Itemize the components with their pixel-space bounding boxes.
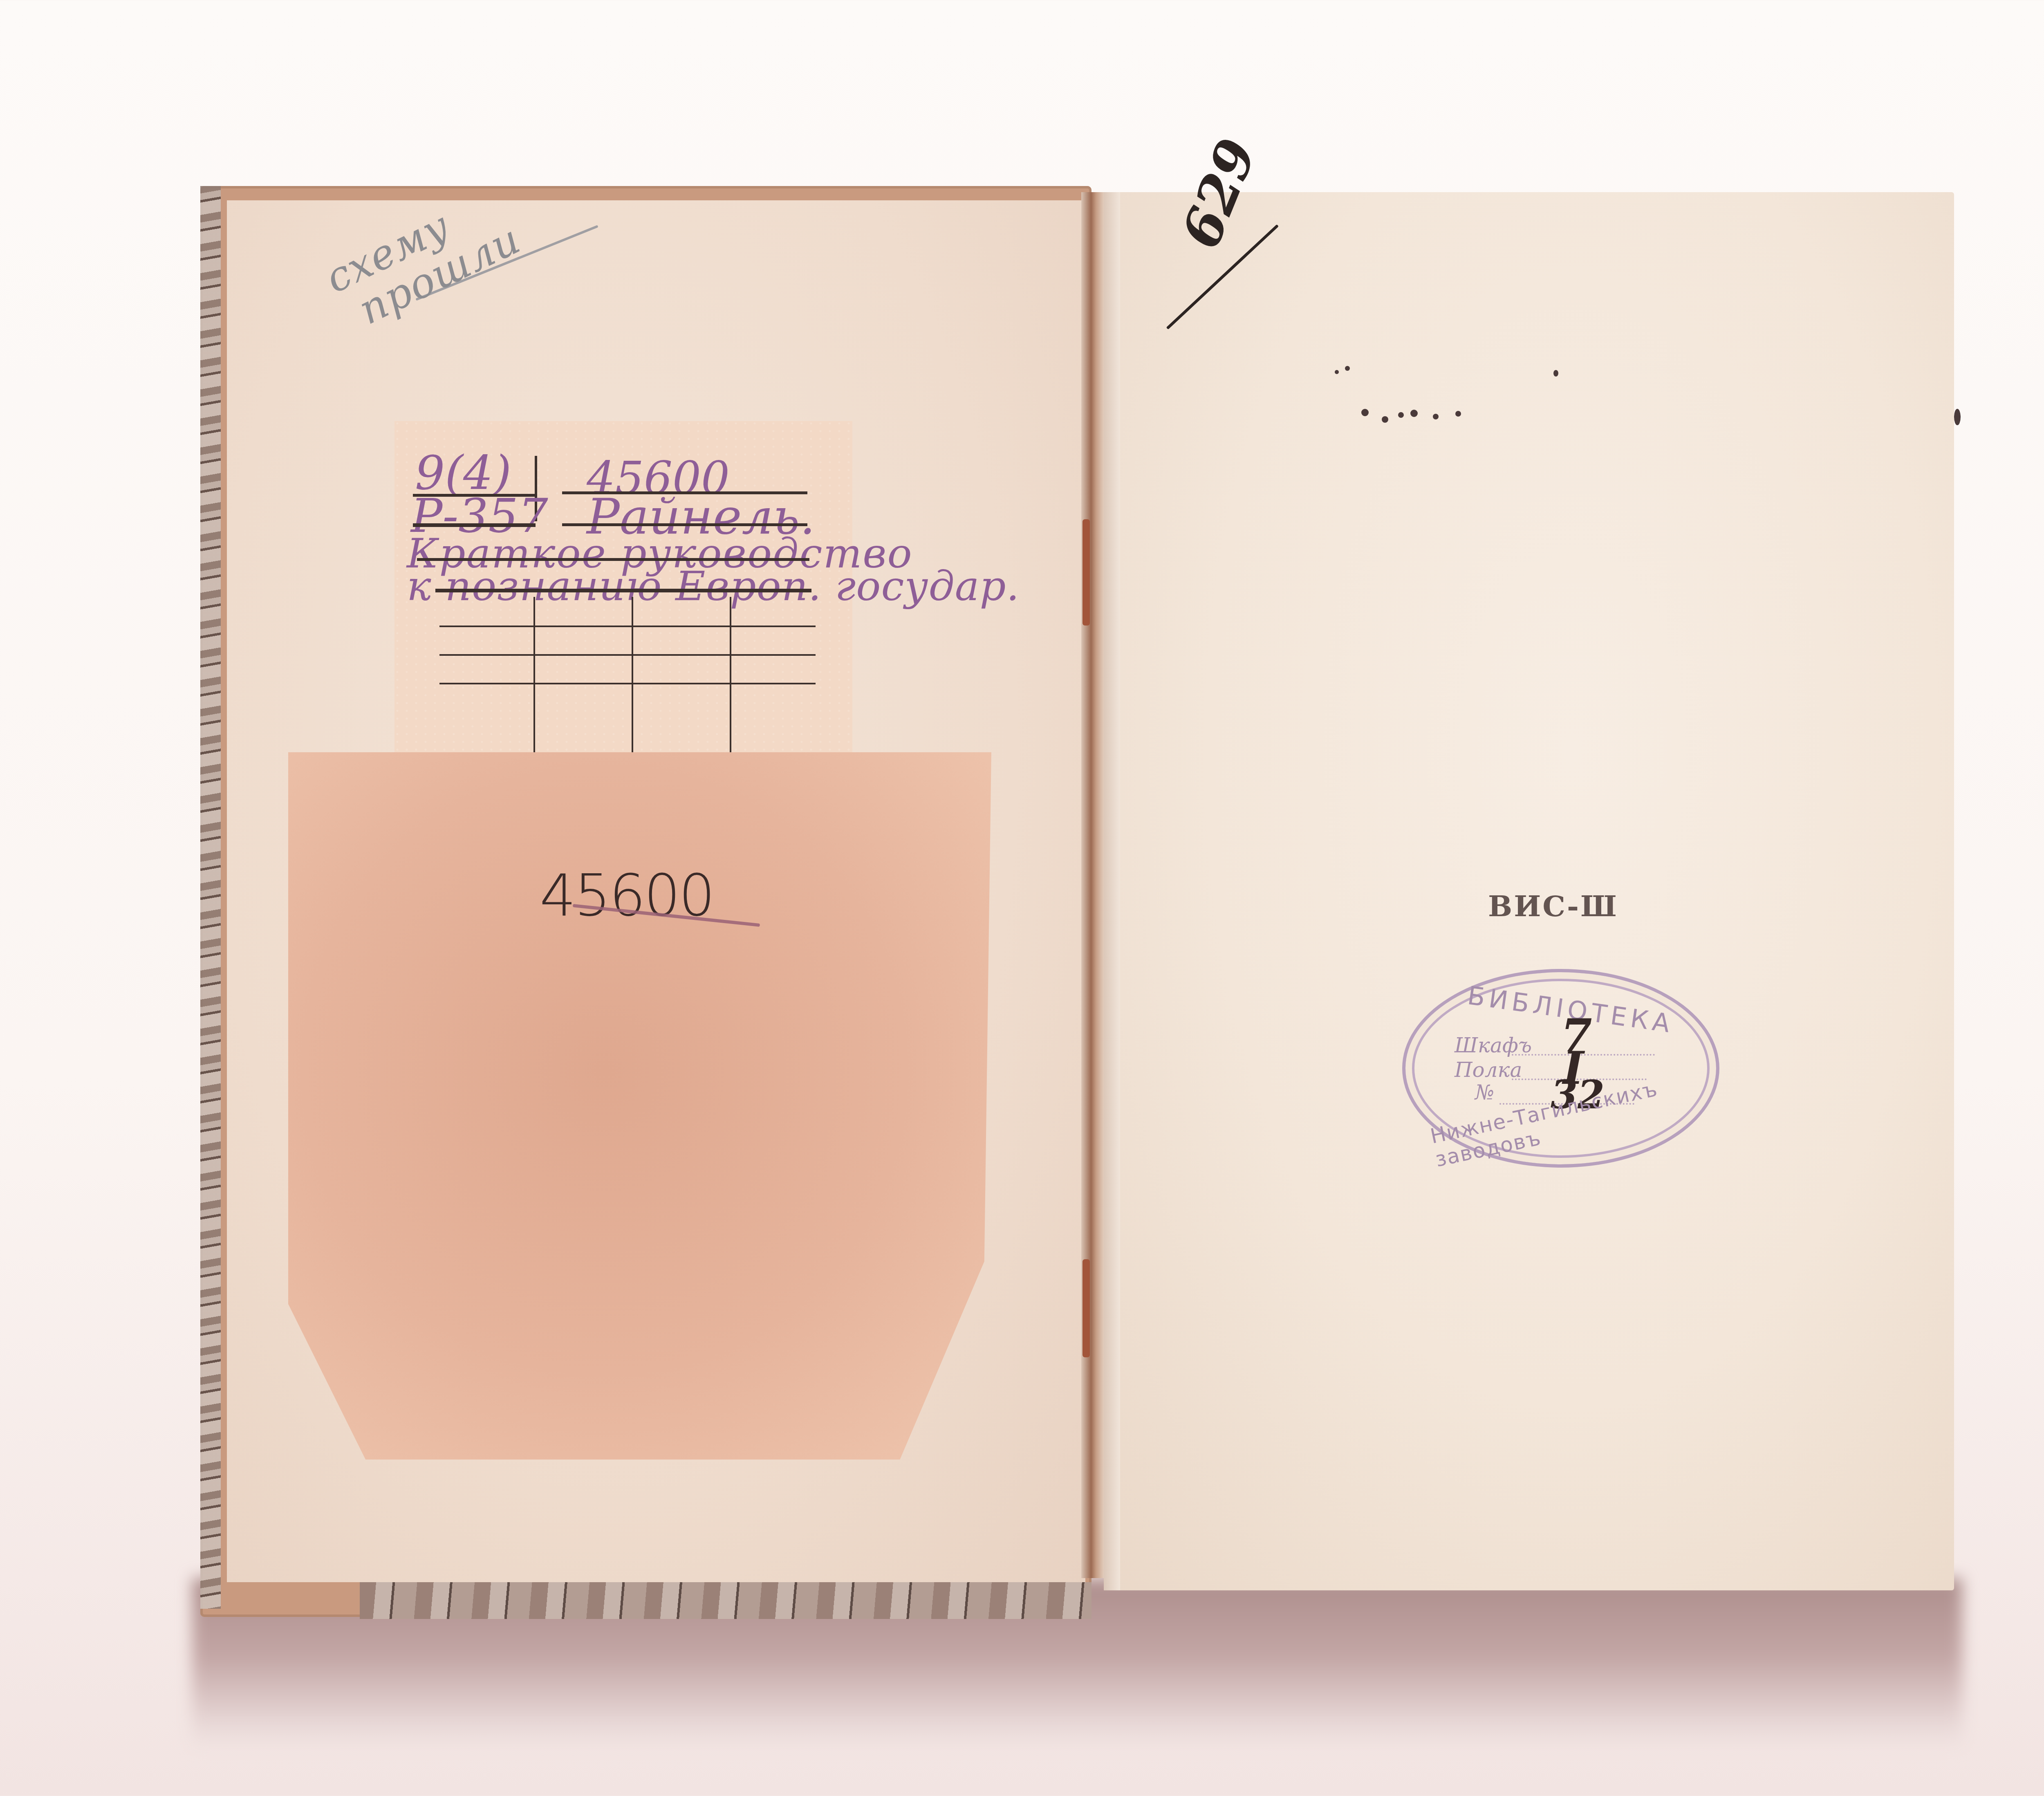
card-rule <box>435 589 811 592</box>
ink-speck <box>1954 409 1961 425</box>
marbled-cover-bottom-edge <box>360 1582 1091 1619</box>
card-rule <box>417 558 809 561</box>
ink-speck <box>1455 411 1461 417</box>
stamp-number-label: № <box>1475 1081 1494 1104</box>
gutter-tear <box>1083 1259 1090 1357</box>
ink-speck <box>1382 416 1388 423</box>
book-gutter <box>1081 192 1106 1578</box>
ink-speck <box>1410 410 1418 417</box>
ink-speck <box>1345 366 1350 371</box>
pocket-inventory-number: 45600 <box>540 863 713 929</box>
ink-speck <box>1398 412 1404 418</box>
card-grid-rule <box>439 683 816 684</box>
catalog-card: 9(4) 45600 Р-357 Райнель. Краткое руково… <box>394 421 852 789</box>
flyleaf-fold <box>1104 192 1120 1590</box>
card-rule <box>562 523 807 526</box>
card-rule <box>413 523 536 527</box>
ink-speck <box>1433 414 1439 419</box>
ink-speck <box>1335 370 1339 374</box>
card-grid-rule <box>439 626 816 627</box>
library-card-pocket <box>288 752 991 1460</box>
card-title-line2: к познанию Европ. государ. <box>407 562 1020 610</box>
ink-speck <box>1553 370 1558 377</box>
ink-speck <box>1361 409 1369 416</box>
faded-stamp-fragment: ВИС-Ш <box>1488 889 1618 923</box>
gutter-tear <box>1083 519 1090 626</box>
card-grid-rule <box>439 654 816 656</box>
library-stamp: БИБЛІОТЕКА Шкафъ Полка № 7 I 32 Нижне-Та… <box>1402 969 1719 1168</box>
marbled-cover-edge <box>200 186 221 1609</box>
